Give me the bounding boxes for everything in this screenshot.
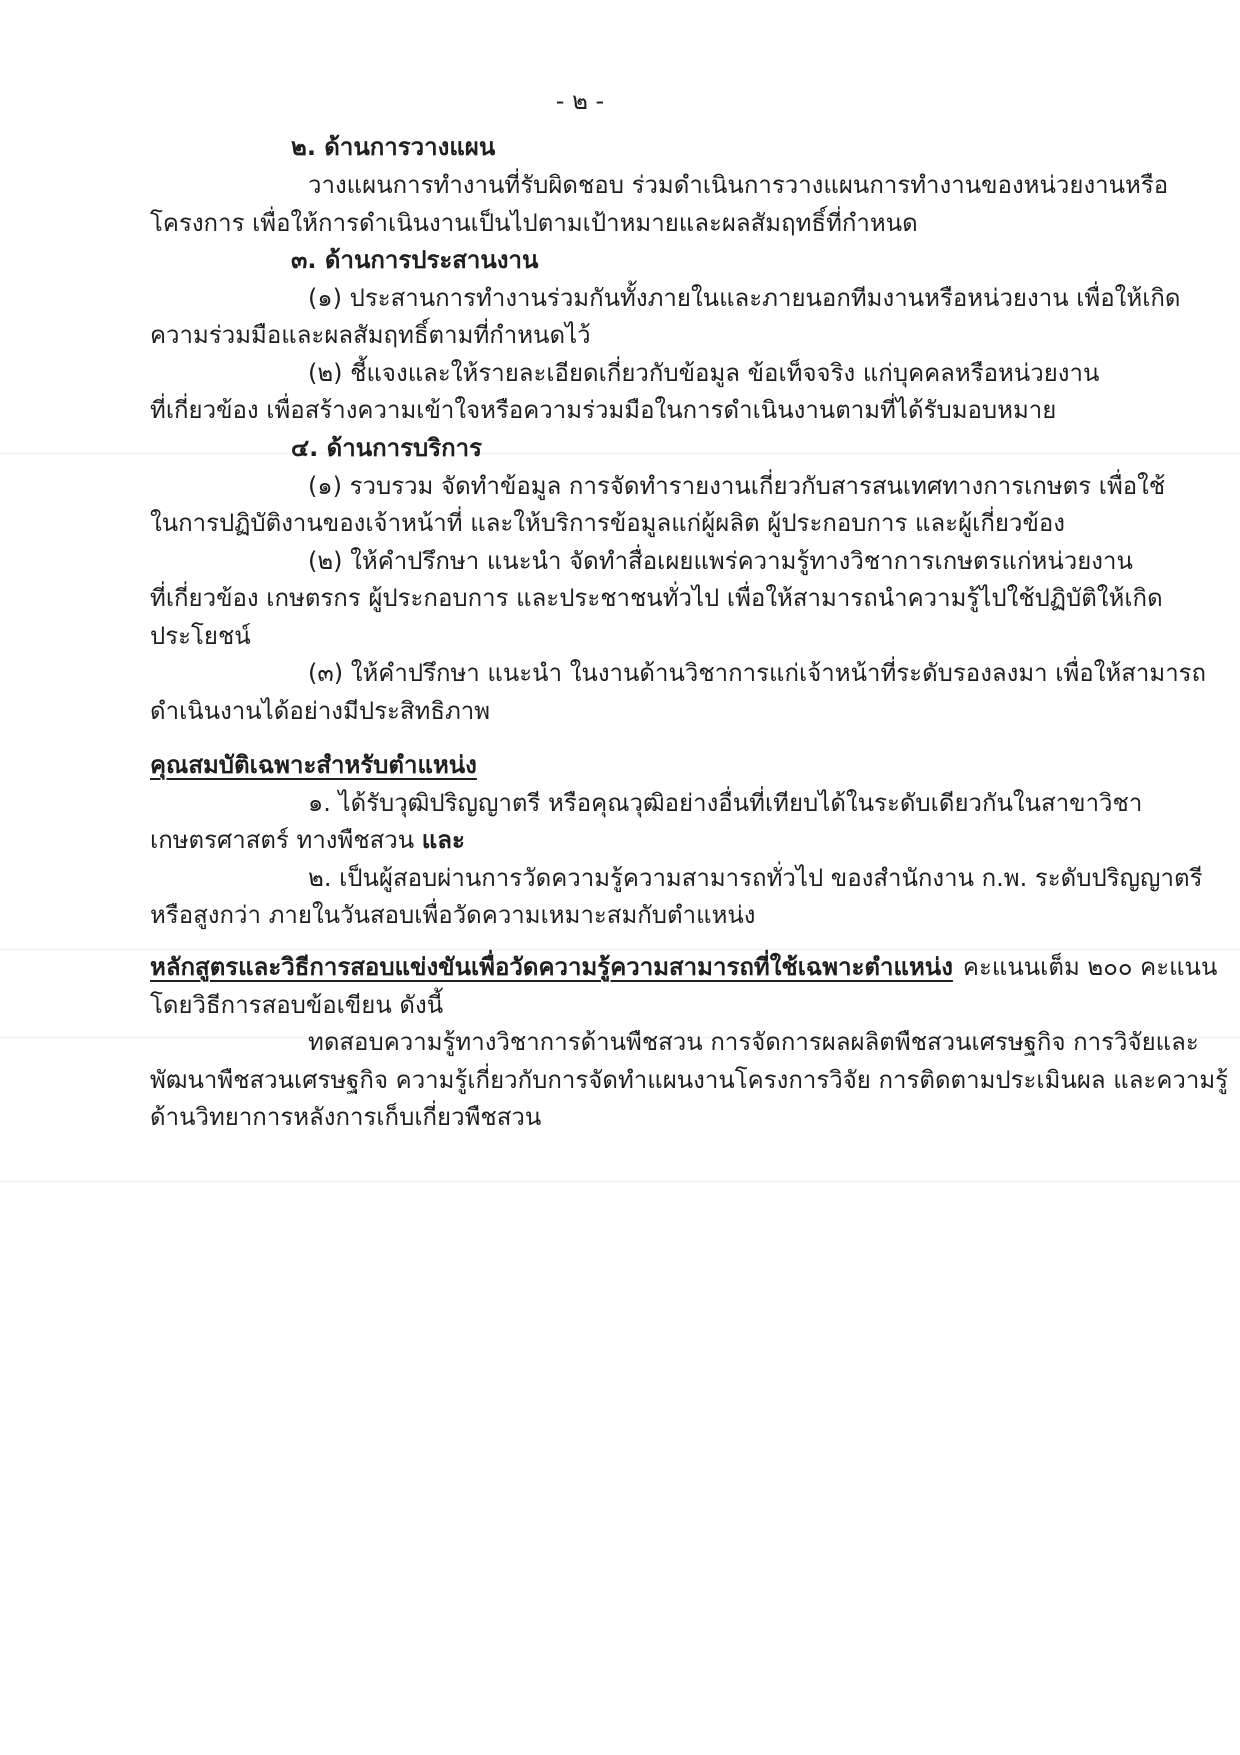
scan-artifact	[0, 452, 1240, 455]
service-item-2-line-1: (๒) ให้คำปรึกษา แนะนำ จัดทำสื่อเผยแพร่คว…	[308, 544, 1133, 579]
qualification-item-1-line-2: เกษตรศาสตร์ ทางพืชสวน และ	[150, 823, 465, 858]
service-item-2-line-3: ประโยชน์	[150, 619, 251, 654]
service-item-3-line-2: ดำเนินงานได้อย่างมีประสิทธิภาพ	[150, 694, 490, 729]
coordination-item-2-line-2: ที่เกี่ยวข้อง เพื่อสร้างความเข้าใจหรือคว…	[150, 393, 1056, 428]
coordination-item-1-line-2: ความร่วมมือและผลสัมฤทธิ์ตามที่กำหนดไว้	[150, 318, 591, 353]
qualification-item-2-line-2: หรือสูงกว่า ภายในวันสอบเพื่อวัดความเหมาะ…	[150, 898, 756, 933]
exam-heading-underlined: หลักสูตรและวิธีการสอบแข่งขันเพื่อวัดความ…	[150, 953, 953, 981]
qualification-item-1-line-2-emphasis: และ	[422, 826, 465, 854]
page-number: - ๒ -	[0, 84, 1160, 119]
qualification-item-1-line-1: ๑. ได้รับวุฒิปริญญาตรี หรือคุณวุฒิอย่างอ…	[308, 786, 1142, 821]
qualification-item-1-line-2-text: เกษตรศาสตร์ ทางพืชสวน	[150, 826, 422, 854]
exam-method-line: โดยวิธีการสอบข้อเขียน ดังนี้	[150, 988, 443, 1023]
scan-artifact	[0, 1180, 1240, 1183]
section-planning-line-1: วางแผนการทำงานที่รับผิดชอบ ร่วมดำเนินการ…	[308, 168, 1168, 203]
coordination-item-1-line-1: (๑) ประสานการทำงานร่วมกันทั้งภายในและภาย…	[308, 281, 1181, 316]
service-item-2-line-2: ที่เกี่ยวข้อง เกษตรกร ผู้ประกอบการ และปร…	[150, 581, 1163, 616]
exam-body-line-3: ด้านวิทยาการหลังการเก็บเกี่ยวพืชสวน	[150, 1100, 541, 1135]
exam-section-line-1: หลักสูตรและวิธีการสอบแข่งขันเพื่อวัดความ…	[150, 950, 1217, 985]
document-page: - ๒ - ๒. ด้านการวางแผน วางแผนการทำงานที่…	[0, 0, 1240, 1755]
exam-heading-suffix: คะแนนเต็ม ๒๐๐ คะแนน	[963, 953, 1217, 981]
service-item-1-line-1: (๑) รวบรวม จัดทำข้อมูล การจัดทำรายงานเกี…	[308, 469, 1165, 504]
section-service-heading: ๔. ด้านการบริการ	[291, 431, 482, 466]
exam-body-line-2: พัฒนาพืชสวนเศรษฐกิจ ความรู้เกี่ยวกับการจ…	[150, 1063, 1228, 1098]
service-item-3-line-1: (๓) ให้คำปรึกษา แนะนำ ในงานด้านวิชาการแก…	[308, 656, 1206, 691]
section-planning-line-2: โครงการ เพื่อให้การดำเนินงานเป็นไปตามเป้…	[150, 206, 918, 241]
exam-body-line-1: ทดสอบความรู้ทางวิชาการด้านพืชสวน การจัดก…	[308, 1025, 1199, 1060]
section-coordination-heading: ๓. ด้านการประสานงาน	[291, 243, 538, 278]
service-item-1-line-2: ในการปฏิบัติงานของเจ้าหน้าที่ และให้บริก…	[150, 506, 1065, 541]
section-planning-heading: ๒. ด้านการวางแผน	[291, 130, 495, 165]
qualifications-heading: คุณสมบัติเฉพาะสำหรับตำแหน่ง	[150, 748, 477, 783]
coordination-item-2-line-1: (๒) ชี้แจงและให้รายละเอียดเกี่ยวกับข้อมู…	[308, 356, 1099, 391]
qualification-item-2-line-1: ๒. เป็นผู้สอบผ่านการวัดความรู้ความสามารถ…	[308, 861, 1202, 896]
